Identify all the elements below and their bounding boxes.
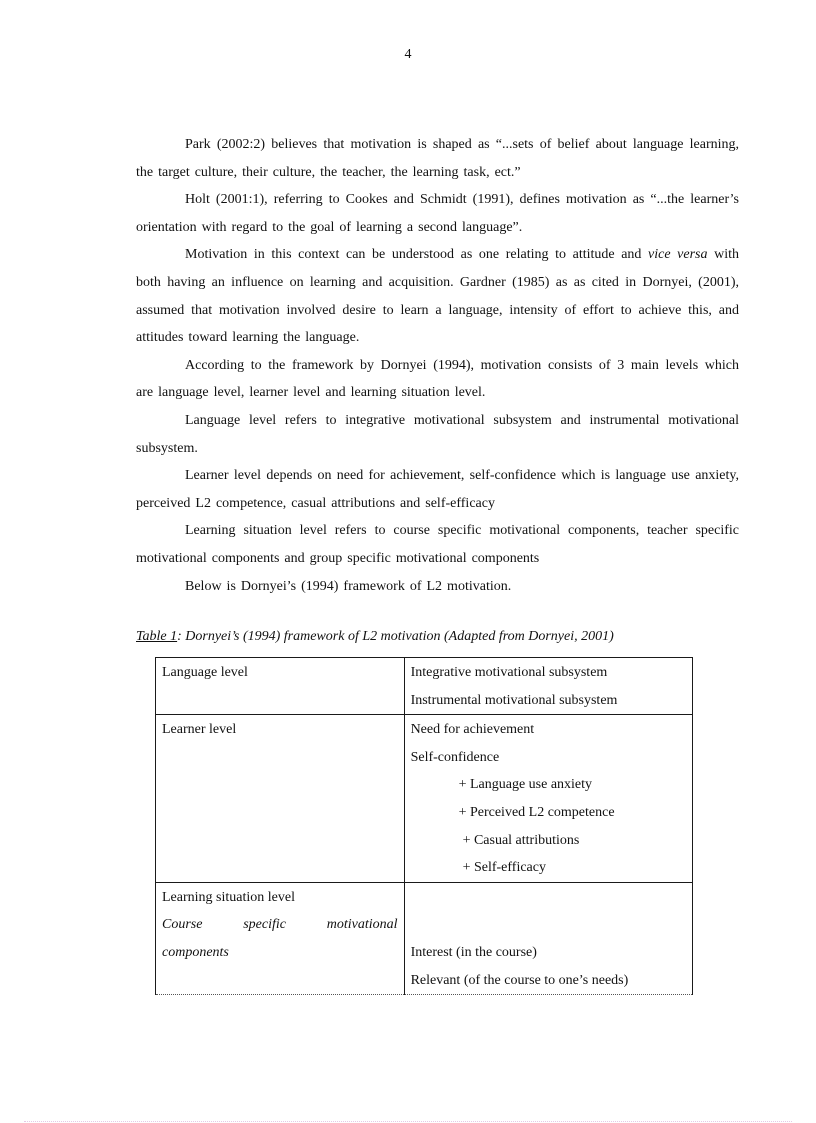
table-row: Language level Integrative motivational … bbox=[156, 658, 693, 715]
paragraph-motivation-context: Motivation in this context can be unders… bbox=[136, 241, 739, 351]
framework-table: Language level Integrative motivational … bbox=[155, 657, 693, 995]
cell-spacer bbox=[411, 911, 686, 939]
component-subitem: + Casual attributions bbox=[411, 827, 686, 855]
cell-spacer bbox=[411, 884, 686, 912]
component-subitem: + Perceived L2 competence bbox=[411, 799, 686, 827]
paragraph-language-level: Language level refers to integrative mot… bbox=[136, 407, 739, 462]
page-number: 4 bbox=[0, 47, 816, 63]
paragraph-learning-situation: Learning situation level refers to cours… bbox=[136, 517, 739, 572]
component-item: Self-confidence bbox=[411, 744, 686, 772]
component-subitem: + Self-efficacy bbox=[411, 854, 686, 882]
table-cell-level: Learning situation level Course specific… bbox=[156, 882, 405, 994]
paragraph-park: Park (2002:2) believes that motivation i… bbox=[136, 131, 739, 186]
table-caption: Table 1: Dornyei’s (1994) framework of L… bbox=[136, 629, 736, 645]
component-item: Need for achievement bbox=[411, 716, 686, 744]
table-caption-label: Table 1 bbox=[136, 629, 177, 644]
table-row: Learner level Need for achievement Self-… bbox=[156, 715, 693, 883]
level-label: Learner level bbox=[162, 716, 398, 744]
cell-spacer bbox=[162, 967, 398, 995]
table-cell-components: Need for achievement Self-confidence + L… bbox=[404, 715, 692, 883]
italic-phrase: vice versa bbox=[648, 247, 707, 262]
component-item: Integrative motivational subsystem bbox=[411, 659, 686, 687]
sublevel-word: Course bbox=[162, 911, 202, 939]
table-cell-components: Integrative motivational subsystem Instr… bbox=[404, 658, 692, 715]
sublevel-word: specific bbox=[243, 911, 286, 939]
component-subitem: + Language use anxiety bbox=[411, 771, 686, 799]
level-label: Language level bbox=[162, 659, 398, 687]
table-row: Learning situation level Course specific… bbox=[156, 882, 693, 994]
body-text: Park (2002:2) believes that motivation i… bbox=[136, 131, 739, 600]
component-item: Relevant (of the course to one’s needs) bbox=[411, 967, 686, 995]
level-label: Learning situation level bbox=[162, 884, 398, 912]
paragraph-text: Motivation in this context can be unders… bbox=[185, 247, 648, 262]
table-cell-level: Language level bbox=[156, 658, 405, 715]
sublevel-label: Course specific motivational bbox=[162, 911, 398, 939]
sublevel-word: motivational bbox=[327, 911, 398, 939]
sublevel-word: components bbox=[162, 939, 398, 967]
component-item: Instrumental motivational subsystem bbox=[411, 687, 686, 715]
component-item: Interest (in the course) bbox=[411, 939, 686, 967]
paragraph-holt: Holt (2001:1), referring to Cookes and S… bbox=[136, 186, 739, 241]
paragraph-framework: According to the framework by Dornyei (1… bbox=[136, 352, 739, 407]
table-caption-text: : Dornyei’s (1994) framework of L2 motiv… bbox=[177, 629, 614, 644]
page-break-line bbox=[24, 1121, 792, 1122]
table-cell-components: Interest (in the course) Relevant (of th… bbox=[404, 882, 692, 994]
paragraph-below: Below is Dornyei’s (1994) framework of L… bbox=[136, 573, 739, 601]
table-cell-level: Learner level bbox=[156, 715, 405, 883]
paragraph-learner-level: Learner level depends on need for achiev… bbox=[136, 462, 739, 517]
